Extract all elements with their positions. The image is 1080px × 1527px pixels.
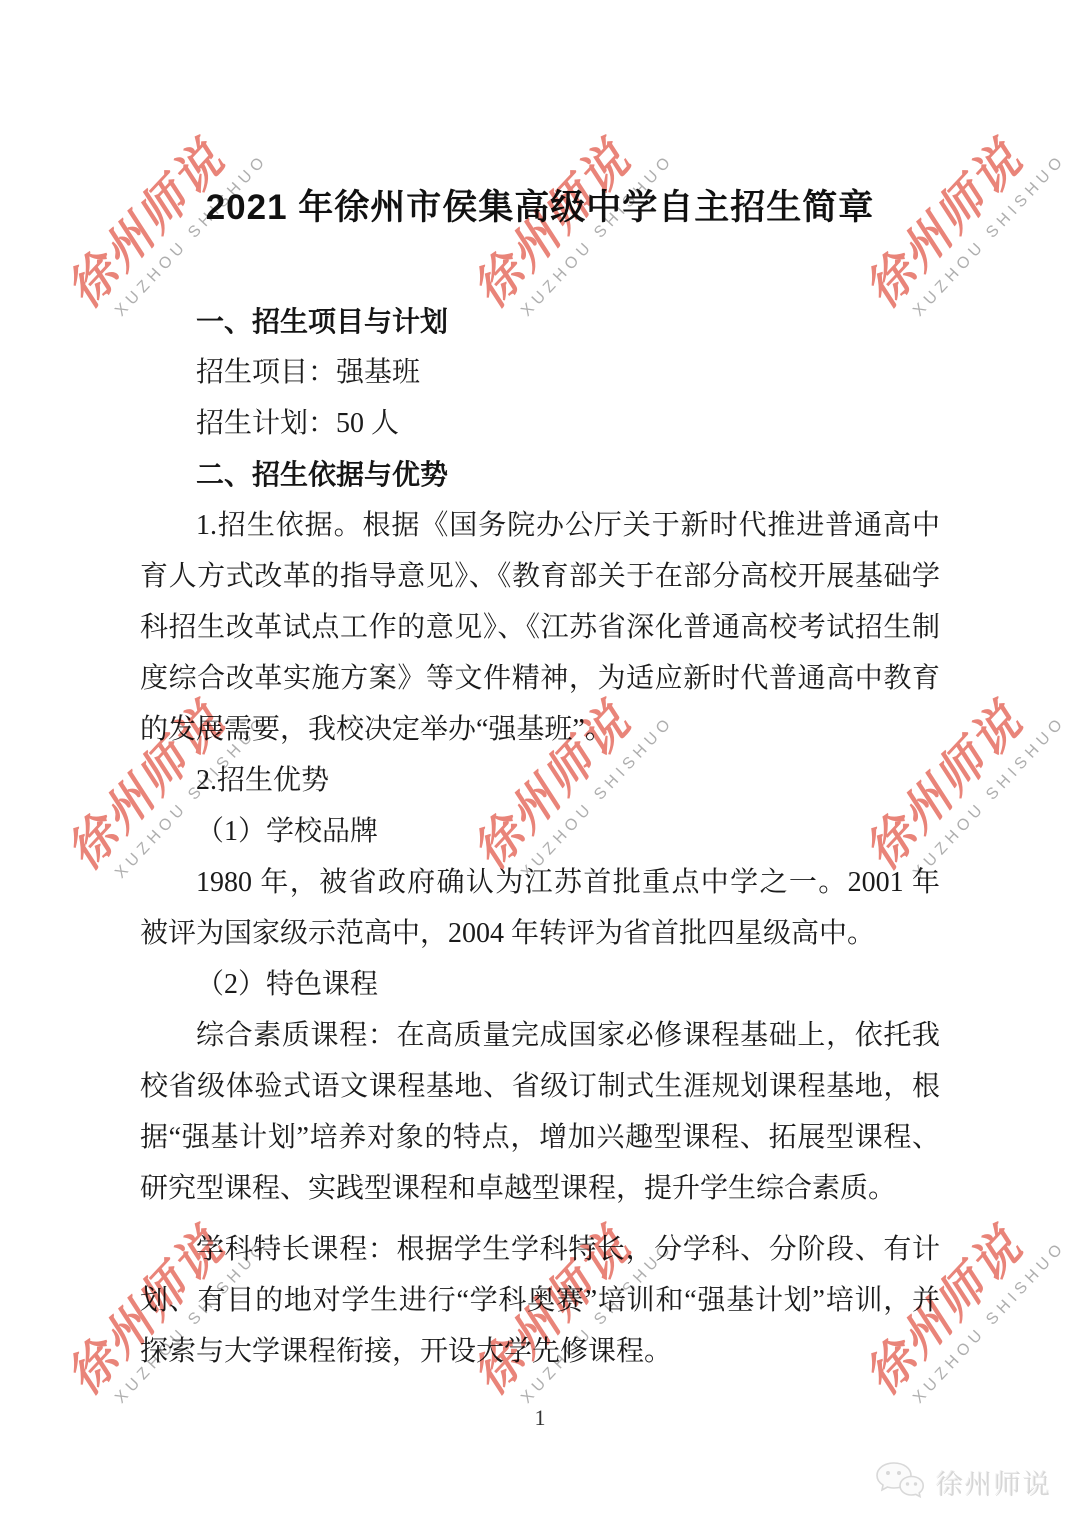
para-subject-line: 探索与大学课程衔接，开设大学先修课程。 [140,1326,940,1377]
para-basis-line: 育人方式改革的指导意见》、《教育部关于在部分高校开展基础学 [140,551,940,602]
chat-bubbles-icon [874,1461,926,1503]
footer-brand: 徐州师说 [874,1461,1052,1503]
document-body: 2021 年徐州市侯集高级中学自主招生简章 一、招生项目与计划 招生项目：强基班… [0,0,1080,1433]
para-quality-line: 校省级体验式语文课程基地、省级订制式生涯规划课程基地，根 [140,1061,940,1112]
subheading-advantage: 2.招生优势 [140,755,940,806]
para-subject-line: 划、有目的地对学生进行“学科奥赛”培训和“强基计划”培训，并 [140,1275,940,1326]
page-title: 2021 年徐州市侯集高级中学自主招生简章 [140,0,940,234]
para-brand-line: 1980 年，被省政府确认为江苏首批重点中学之一。2001 年 [140,857,940,908]
line-enroll-plan: 招生计划：50 人 [140,398,940,449]
para-quality-line: 研究型课程、实践型课程和卓越型课程，提升学生综合素质。 [140,1163,940,1214]
footer-brand-text: 徐州师说 [936,1463,1052,1502]
subheading-school-brand: （1）学校品牌 [140,806,940,857]
para-basis-line: 度综合改革实施方案》等文件精神，为适应新时代普通高中教育 [140,653,940,704]
section-heading-2: 二、招生依据与优势 [140,449,940,500]
para-quality-line: 综合素质课程：在高质量完成国家必修课程基础上，依托我 [140,1010,940,1061]
para-brand-line: 被评为国家级示范高中，2004 年转评为省首批四星级高中。 [140,908,940,959]
section-heading-1: 一、招生项目与计划 [140,296,940,347]
page-number: 1 [140,1403,940,1433]
subheading-feature-course: （2）特色课程 [140,959,940,1010]
para-basis-line: 1.招生依据。根据《国务院办公厅关于新时代推进普通高中 [140,500,940,551]
para-basis-line: 的发展需要，我校决定举办“强基班”。 [140,704,940,755]
line-enroll-project: 招生项目：强基班 [140,347,940,398]
document-page: 徐州师说XUZHOU SHISHUO 徐州师说XUZHOU SHISHUO 徐州… [0,0,1080,1527]
para-basis-line: 科招生改革试点工作的意见》、《江苏省深化普通高校考试招生制 [140,602,940,653]
para-subject-line: 学科特长课程：根据学生学科特长，分学科、分阶段、有计 [140,1224,940,1275]
para-quality-line: 据“强基计划”培养对象的特点，增加兴趣型课程、拓展型课程、 [140,1112,940,1163]
